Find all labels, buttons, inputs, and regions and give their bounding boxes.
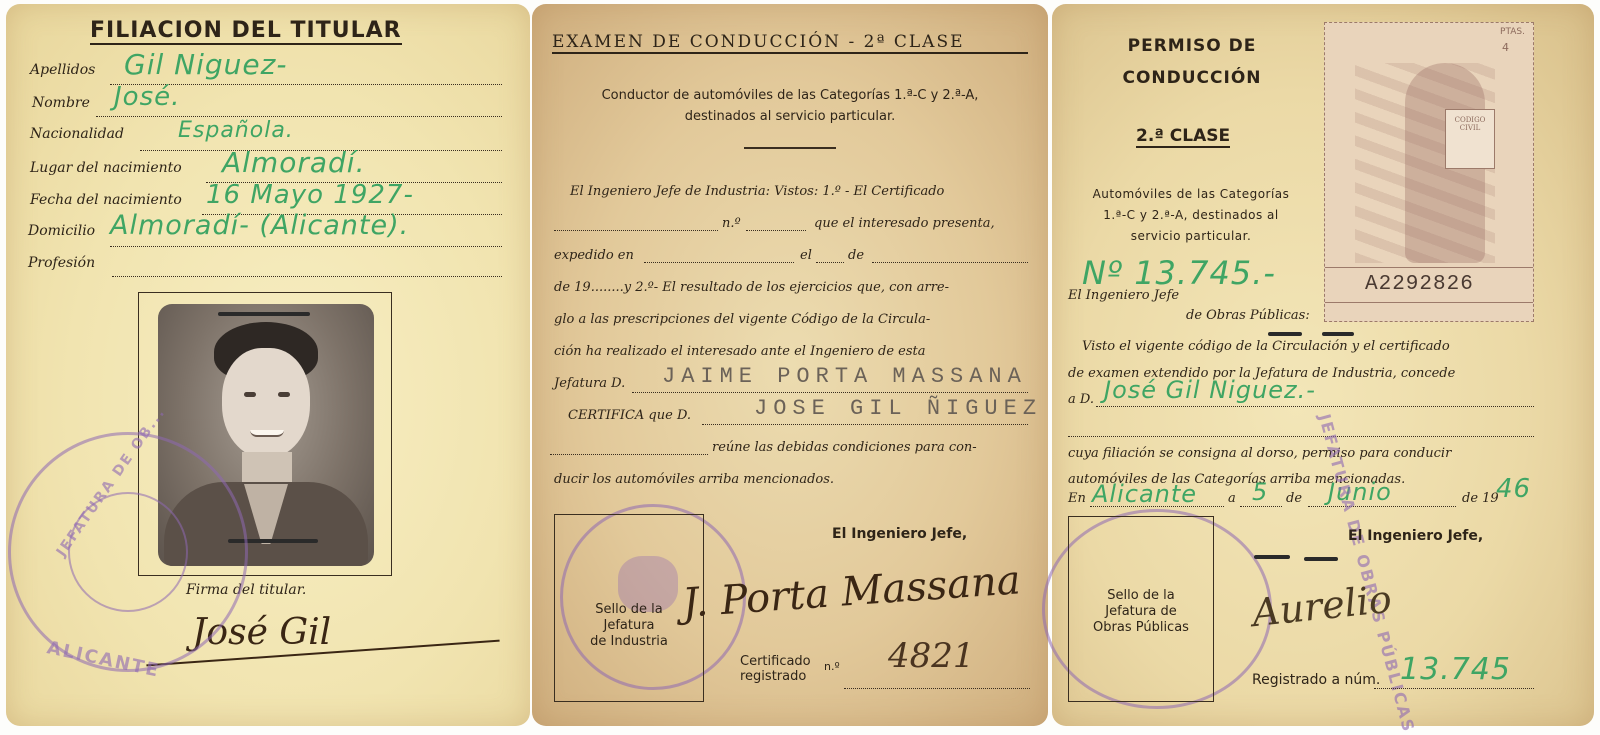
body-line: glo a las prescripciones del vigente Cód… (554, 312, 930, 327)
body-line: Jefatura D. (554, 376, 625, 391)
body-line: ción ha realizado el interesado ante el … (554, 344, 925, 359)
body-line: que el interesado presenta, (814, 216, 995, 231)
field-value: Española. (178, 118, 294, 143)
certificate-no-label: n.º (824, 660, 840, 673)
divider (744, 147, 836, 149)
field-label: Profesión (28, 255, 95, 271)
examen-page: EXAMEN DE CONDUCCIÓN - 2ª CLASE Conducto… (532, 4, 1048, 726)
engineer-label: El Ingeniero Jefe, (1348, 528, 1483, 544)
grantee-name: José Gil Niguez.- (1104, 376, 1316, 404)
revenue-stamp: PTAS. 4 CODIGO CIVIL A2292826 (1324, 22, 1534, 322)
typed-holder-name: JOSE GIL ÑIGUEZ (754, 396, 1042, 421)
staple (218, 312, 310, 316)
seal-box-label: Sello de la Jefatura de Industria (554, 602, 704, 650)
field-label: Fecha del nacimiento (30, 192, 182, 208)
body-line: de (848, 248, 864, 263)
page-title: FILIACION DEL TITULAR (90, 18, 402, 45)
authority-label: El Ingeniero Jefe (1068, 288, 1179, 303)
subtitle: Conductor de automóviles de las Categorí… (532, 88, 1048, 103)
filiacion-page: FILIACION DEL TITULAR Apellidos Gil Nigu… (6, 4, 530, 726)
body-line: ducir los automóviles arriba mencionados… (554, 472, 834, 487)
field-label: Apellidos (30, 62, 95, 78)
field-value: 16 Mayo 1927- (206, 180, 414, 210)
authority-label: de Obras Públicas: (1186, 308, 1310, 323)
field-value: Almoradí. (222, 146, 365, 179)
seal-box-label: Sello de la Jefatura de Obras Públicas (1068, 588, 1214, 636)
body-line: reúne las debidas condiciones para con- (712, 440, 977, 455)
stamp-serial: A2292826 (1365, 273, 1474, 296)
field-value: Gil Niguez- (124, 48, 287, 81)
registered-number: 13.745 (1400, 652, 1511, 687)
body-line: el (800, 248, 812, 263)
body-line: a D. (1068, 392, 1094, 407)
body-line: n.º (722, 216, 741, 231)
certificate-number: 4821 (888, 636, 975, 676)
page-title: PERMISO DE (1092, 36, 1292, 56)
body-line: cuya filiación se consigna al dorso, per… (1068, 446, 1451, 461)
engineer-label: El Ingeniero Jefe, (832, 526, 967, 542)
body-line: expedido en (554, 248, 634, 263)
staple (1254, 555, 1290, 559)
staple (1304, 557, 1338, 561)
class-label: 2.ª CLASE (1136, 126, 1230, 148)
body-line: Visto el vigente código de la Circulació… (1082, 339, 1450, 354)
body-line: de 19........y 2.º- El resultado de los … (554, 280, 949, 295)
body-line: CERTIFICA que D. (568, 408, 691, 423)
field-value: José. (114, 82, 180, 112)
field-label: Domicilio (28, 223, 95, 239)
registered-label: Registrado a núm. (1252, 672, 1380, 688)
permit-number: Nº 13.745.- (1082, 254, 1276, 292)
staple (1268, 332, 1302, 336)
permiso-page: PERMISO DE CONDUCCIÓN 2.ª CLASE Automóvi… (1052, 4, 1594, 726)
field-value: Almoradí- (Alicante). (110, 210, 409, 241)
certificate-label: Certificado registrado (740, 654, 811, 684)
typed-examiner-name: JAIME PORTA MASSANA (662, 364, 1027, 389)
staple (1322, 332, 1354, 336)
body-line: El Ingeniero Jefe de Industria: Vistos: … (570, 184, 944, 199)
field-label: Nombre (32, 95, 90, 111)
field-label: Nacionalidad (30, 126, 124, 142)
category-description: Automóviles de las Categorías 1.ª-C y 2.… (1052, 184, 1330, 247)
subtitle: destinados al servicio particular. (532, 109, 1048, 124)
book-icon: CODIGO CIVIL (1445, 109, 1495, 169)
page-title: EXAMEN DE CONDUCCIÓN - 2ª CLASE (552, 32, 1028, 54)
field-label: Lugar del nacimiento (30, 160, 182, 176)
page-title: CONDUCCIÓN (1092, 68, 1292, 88)
